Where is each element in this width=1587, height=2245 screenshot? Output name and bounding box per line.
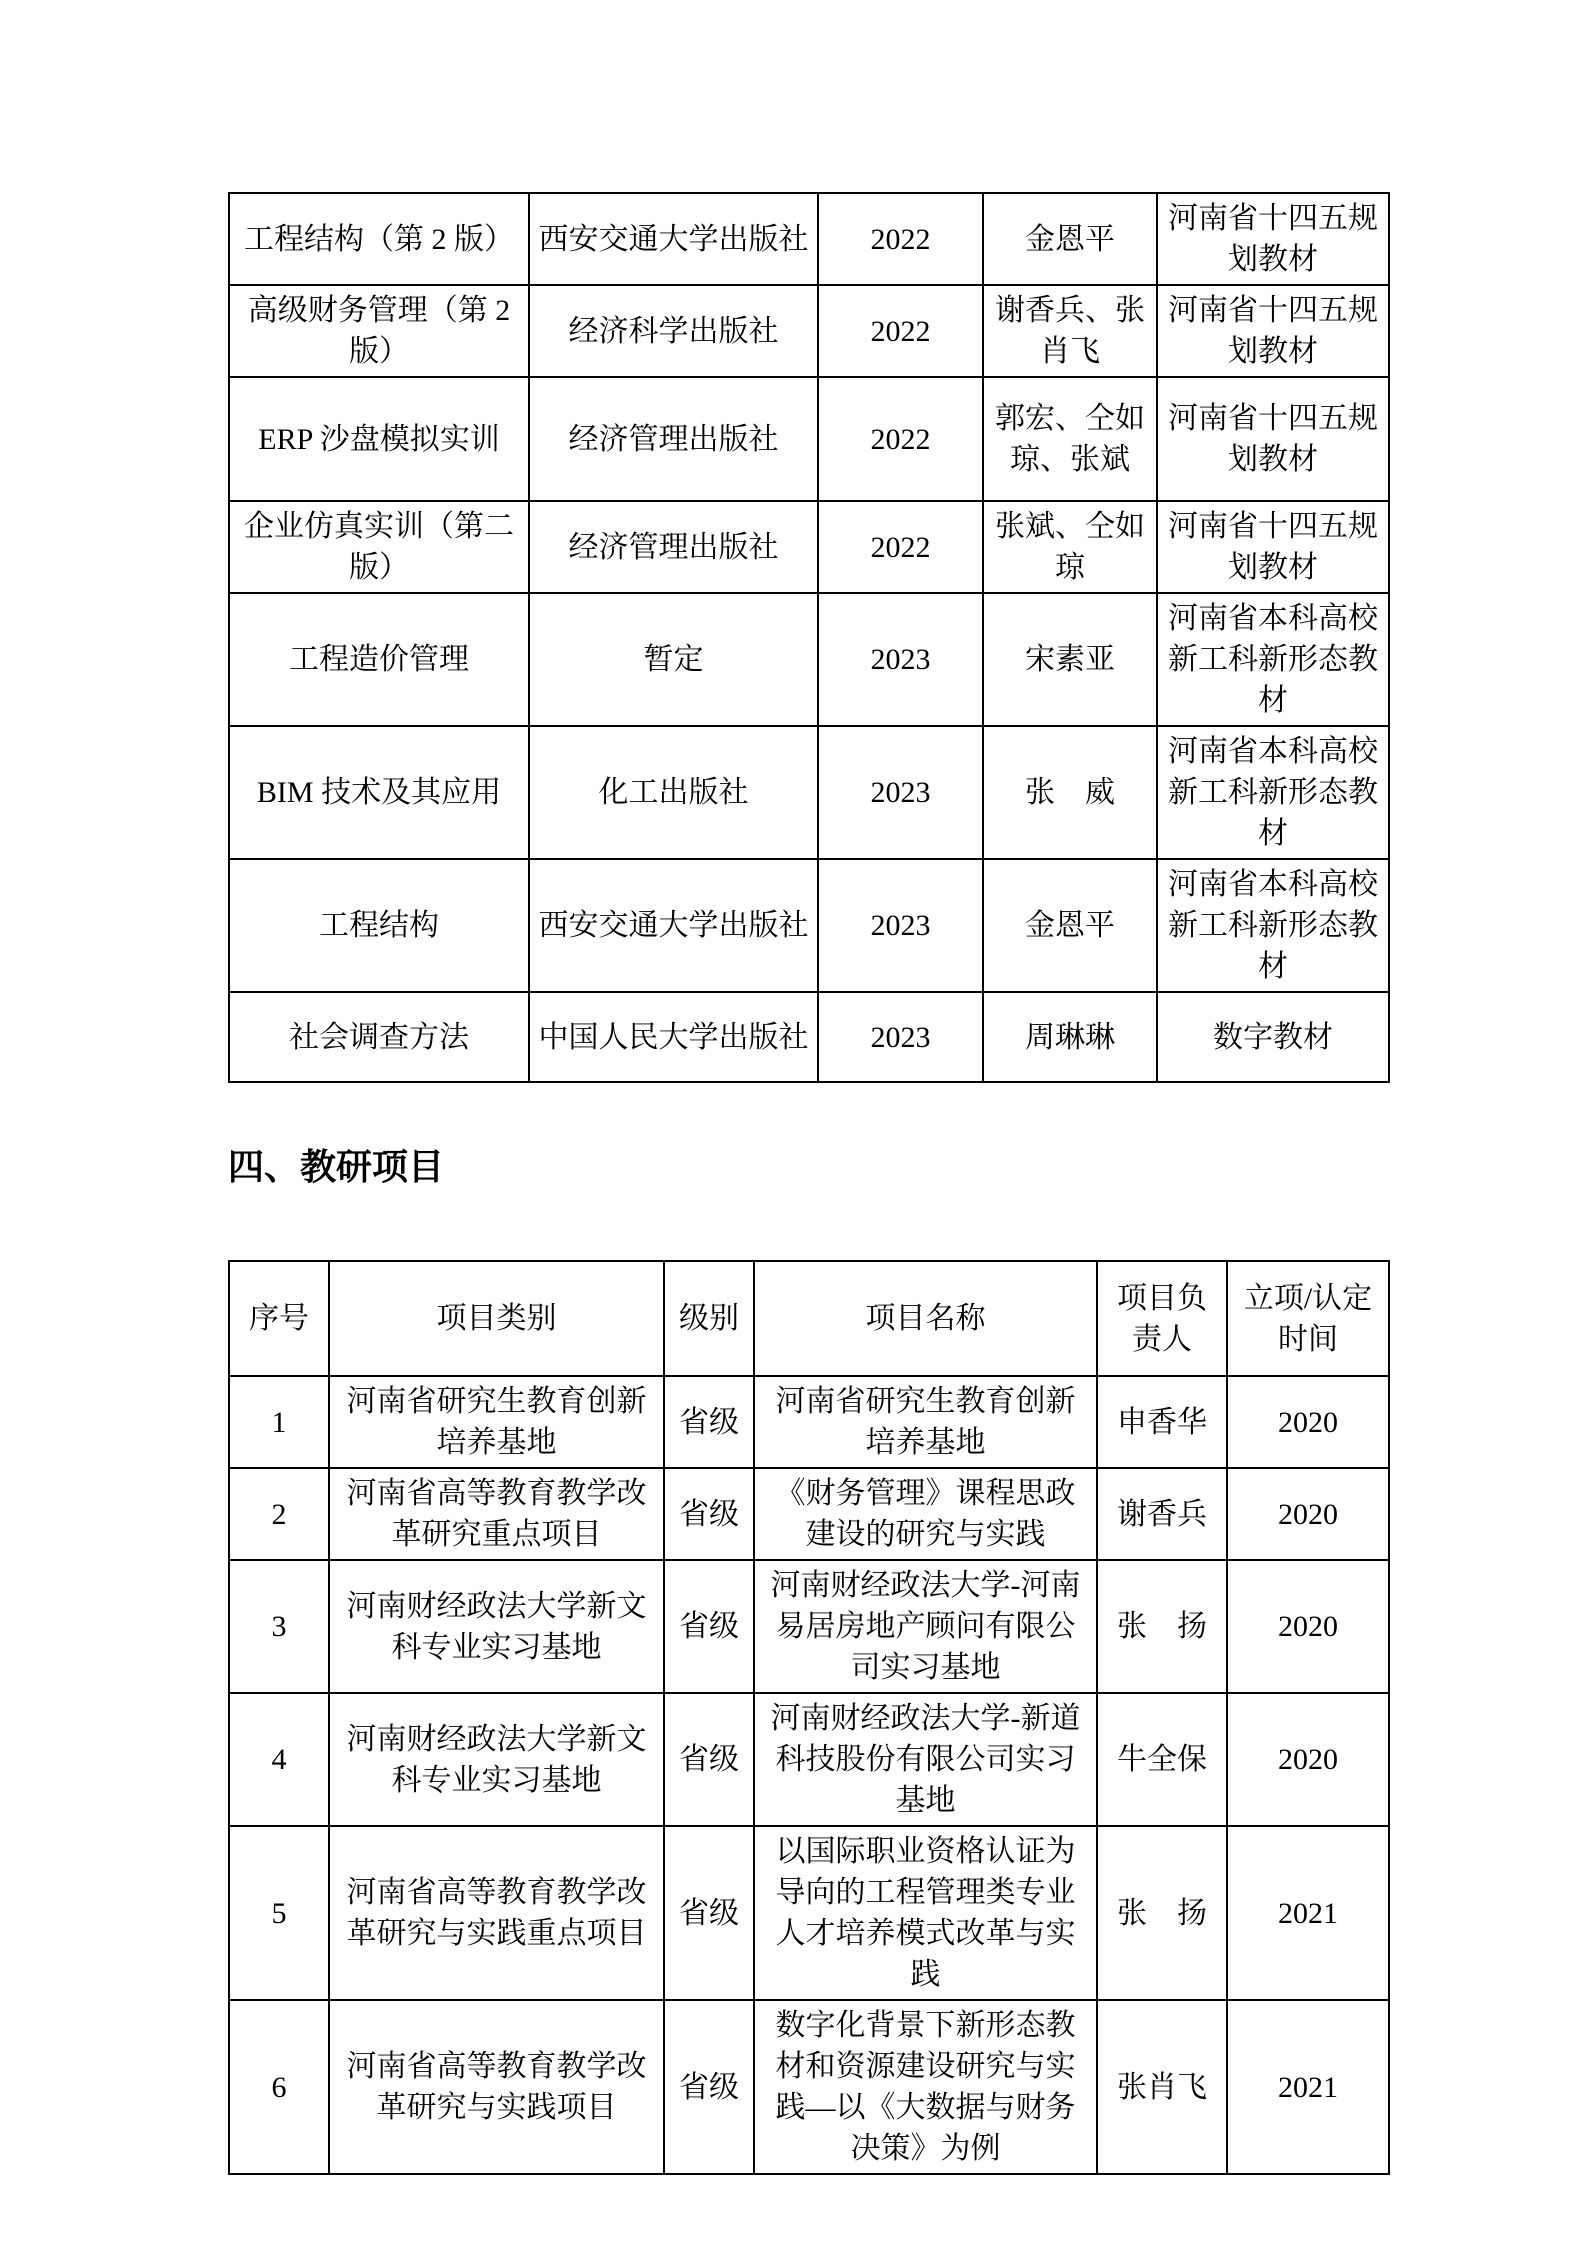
column-header: 项目负责人 [1097,1261,1227,1376]
table-cell: 郭宏、仝如琼、张斌 [983,377,1157,501]
table-row: 5 河南省高等教育教学改革研究与实践重点项目 省级 以国际职业资格认证为导向的工… [229,1826,1389,2000]
table-cell: 省级 [664,1468,754,1560]
table-row: 3 河南财经政法大学新文科专业实习基地 省级 河南财经政法大学-河南易居房地产顾… [229,1560,1389,1693]
table-cell: 河南省十四五规划教材 [1157,193,1389,285]
table-cell: 河南省高等教育教学改革研究与实践重点项目 [329,1826,664,2000]
table-cell: 河南财经政法大学-新道科技股份有限公司实习基地 [754,1693,1097,1826]
table-cell: 2020 [1227,1560,1389,1693]
table-row: 工程造价管理 暂定 2023 宋素亚 河南省本科高校新工科新形态教材 [229,593,1389,726]
table-row: 工程结构 西安交通大学出版社 2023 金恩平 河南省本科高校新工科新形态教材 [229,859,1389,992]
table-cell: 河南省研究生教育创新培养基地 [329,1376,664,1468]
table-cell: 2023 [818,726,983,859]
column-header: 立项/认定时间 [1227,1261,1389,1376]
table-cell: 1 [229,1376,329,1468]
table-cell: 3 [229,1560,329,1693]
table-cell: 2021 [1227,2000,1389,2174]
table-cell: 2022 [818,193,983,285]
table-cell: 以国际职业资格认证为导向的工程管理类专业人才培养模式改革与实践 [754,1826,1097,2000]
table-cell: 2 [229,1468,329,1560]
table-cell: 河南省本科高校新工科新形态教材 [1157,726,1389,859]
projects-table: 序号 项目类别 级别 项目名称 项目负责人 立项/认定时间 1 河南省研究生教育… [228,1260,1390,2175]
table-cell: 张 扬 [1097,1826,1227,2000]
table-cell: 张 扬 [1097,1560,1227,1693]
table-cell: 河南省高等教育教学改革研究与实践项目 [329,2000,664,2174]
table-cell: 申香华 [1097,1376,1227,1468]
table-cell: 经济科学出版社 [529,285,818,377]
table-row: 4 河南财经政法大学新文科专业实习基地 省级 河南财经政法大学-新道科技股份有限… [229,1693,1389,1826]
table-cell: 工程造价管理 [229,593,529,726]
table-cell: 数字教材 [1157,992,1389,1082]
table-cell: 河南省研究生教育创新培养基地 [754,1376,1097,1468]
table-cell: 张肖飞 [1097,2000,1227,2174]
table-cell: 工程结构 [229,859,529,992]
table-cell: 高级财务管理（第 2 版） [229,285,529,377]
table-cell: 河南省十四五规划教材 [1157,501,1389,593]
textbooks-table: 工程结构（第 2 版） 西安交通大学出版社 2022 金恩平 河南省十四五规划教… [228,192,1390,1083]
table-cell: 2020 [1227,1693,1389,1826]
table-cell: 省级 [664,2000,754,2174]
table-header-row: 序号 项目类别 级别 项目名称 项目负责人 立项/认定时间 [229,1261,1389,1376]
table-cell: 2021 [1227,1826,1389,2000]
table-cell: 2022 [818,377,983,501]
table-cell: 河南省十四五规划教材 [1157,377,1389,501]
table-cell: 暂定 [529,593,818,726]
page-content: 工程结构（第 2 版） 西安交通大学出版社 2022 金恩平 河南省十四五规划教… [228,192,1388,2175]
table-cell: 中国人民大学出版社 [529,992,818,1082]
table-cell: 西安交通大学出版社 [529,193,818,285]
table-row: 6 河南省高等教育教学改革研究与实践项目 省级 数字化背景下新形态教材和资源建设… [229,2000,1389,2174]
table-cell: 河南省本科高校新工科新形态教材 [1157,859,1389,992]
table-cell: 2022 [818,501,983,593]
table-row: 企业仿真实训（第二版） 经济管理出版社 2022 张斌、仝如琼 河南省十四五规划… [229,501,1389,593]
table-cell: 宋素亚 [983,593,1157,726]
table-cell: 2020 [1227,1376,1389,1468]
table-cell: 2023 [818,859,983,992]
table-cell: BIM 技术及其应用 [229,726,529,859]
table-cell: 张斌、仝如琼 [983,501,1157,593]
table-row: 社会调查方法 中国人民大学出版社 2023 周琳琳 数字教材 [229,992,1389,1082]
table-cell: 周琳琳 [983,992,1157,1082]
table-cell: 谢香兵 [1097,1468,1227,1560]
table-cell: 谢香兵、张肖飞 [983,285,1157,377]
table-cell: 5 [229,1826,329,2000]
table-row: 高级财务管理（第 2 版） 经济科学出版社 2022 谢香兵、张肖飞 河南省十四… [229,285,1389,377]
column-header: 序号 [229,1261,329,1376]
table-cell: 河南财经政法大学-河南易居房地产顾问有限公司实习基地 [754,1560,1097,1693]
table-row: ERP 沙盘模拟实训 经济管理出版社 2022 郭宏、仝如琼、张斌 河南省十四五… [229,377,1389,501]
table-cell: 2023 [818,593,983,726]
table-cell: 2020 [1227,1468,1389,1560]
table-cell: 金恩平 [983,193,1157,285]
table-cell: 企业仿真实训（第二版） [229,501,529,593]
table-cell: 河南省十四五规划教材 [1157,285,1389,377]
table-cell: 经济管理出版社 [529,377,818,501]
table-cell: 经济管理出版社 [529,501,818,593]
table-cell: 6 [229,2000,329,2174]
table-cell: 省级 [664,1560,754,1693]
table-cell: ERP 沙盘模拟实训 [229,377,529,501]
table-cell: 西安交通大学出版社 [529,859,818,992]
table-cell: 社会调查方法 [229,992,529,1082]
table-cell: 河南财经政法大学新文科专业实习基地 [329,1560,664,1693]
section-heading: 四、教研项目 [228,1145,1388,1190]
table-cell: 河南省本科高校新工科新形态教材 [1157,593,1389,726]
table-row: 2 河南省高等教育教学改革研究重点项目 省级 《财务管理》课程思政建设的研究与实… [229,1468,1389,1560]
table-cell: 张 威 [983,726,1157,859]
table-cell: 4 [229,1693,329,1826]
table-row: 工程结构（第 2 版） 西安交通大学出版社 2022 金恩平 河南省十四五规划教… [229,193,1389,285]
table-cell: 数字化背景下新形态教材和资源建设研究与实践—以《大数据与财务决策》为例 [754,2000,1097,2174]
table-cell: 工程结构（第 2 版） [229,193,529,285]
table-cell: 省级 [664,1693,754,1826]
table-row: 1 河南省研究生教育创新培养基地 省级 河南省研究生教育创新培养基地 申香华 2… [229,1376,1389,1468]
table-cell: 河南省高等教育教学改革研究重点项目 [329,1468,664,1560]
table-cell: 省级 [664,1826,754,2000]
table-cell: 金恩平 [983,859,1157,992]
table-cell: 《财务管理》课程思政建设的研究与实践 [754,1468,1097,1560]
column-header: 项目名称 [754,1261,1097,1376]
table-cell: 河南财经政法大学新文科专业实习基地 [329,1693,664,1826]
table-cell: 化工出版社 [529,726,818,859]
table-cell: 2023 [818,992,983,1082]
column-header: 级别 [664,1261,754,1376]
table-cell: 2022 [818,285,983,377]
table-row: BIM 技术及其应用 化工出版社 2023 张 威 河南省本科高校新工科新形态教… [229,726,1389,859]
table-cell: 牛全保 [1097,1693,1227,1826]
table-cell: 省级 [664,1376,754,1468]
column-header: 项目类别 [329,1261,664,1376]
